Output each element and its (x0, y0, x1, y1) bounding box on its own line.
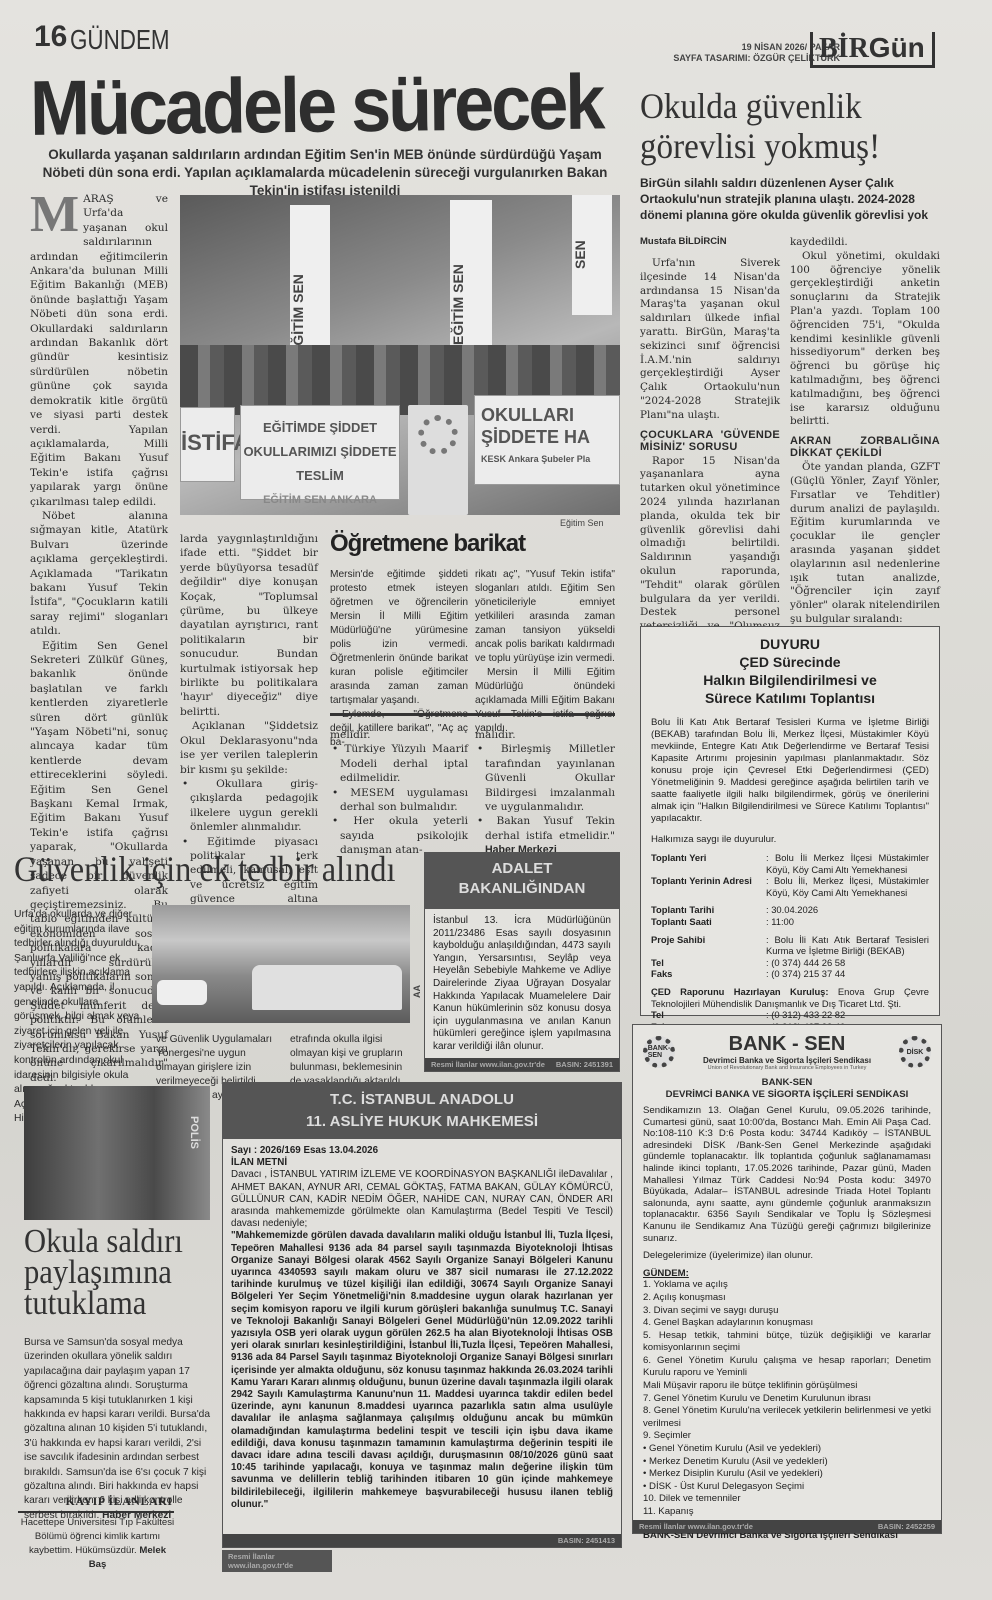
agenda-item: 9. Seçimler (643, 1430, 931, 1443)
divider (330, 713, 615, 716)
photo-credit: AA (412, 985, 422, 998)
paragraph: melidir. (330, 728, 468, 742)
paragraph: Öte yandan planda, GZFT (Güçlü Yönler, Z… (790, 461, 940, 627)
photo-banner-right: OKULLARI ŞİDDETE HA KESK Ankara Şubeler … (474, 395, 620, 485)
field-label: Toplantı Yerinin Adresi (651, 875, 766, 898)
field-label: Toplantı Yeri (651, 852, 766, 875)
adalet-notice: ADALET BAKANLIĞINDAN İstanbul 13. İcra M… (424, 852, 620, 1072)
agenda-label: GÜNDEM: (643, 1268, 931, 1280)
paragraph: rikatı aç", "Yusuf Tekin istifa" sloganl… (475, 568, 615, 666)
title-line: BAKANLIĞINDAN (425, 879, 619, 899)
bank-sen-body: Sendikamızın 13. Olağan Genel Kurulu, 09… (633, 1101, 941, 1546)
subheading: ÇOCUKLARA 'GÜVENDE MİSİNİZ' SORUSU (640, 429, 780, 453)
notice-label: İLAN METNİ (231, 1157, 613, 1169)
adalet-body: İstanbul 13. İcra Müdürlüğünün 2011/2348… (425, 909, 619, 1060)
school-police-photo (152, 905, 410, 1023)
divider (18, 1511, 174, 1513)
bank-sen-title: BANK-SEN DEVRİMCİ BANKA VE SİGORTA İŞÇİL… (633, 1077, 941, 1101)
paragraph: Nöbet alanına sığmayan kitle, Atatürk Bu… (30, 509, 168, 639)
police-text: POLİS (188, 1116, 200, 1149)
paragraph: Urfa'nın Siverek ilçesinde 14 Nisan'da a… (640, 257, 780, 423)
barricade-col1: Mersin'de eğitimde şiddeti protesto etme… (330, 568, 468, 750)
demand-item: • Türkiye Yüzyılı Maarif Modeli derhal i… (330, 742, 468, 785)
photo-banner-istifa: İSTİFA (180, 407, 235, 482)
title-line: ÇED Sürecinde (651, 653, 929, 671)
banner-line: EĞİTİMDE ŞİDDET (241, 416, 399, 440)
logo-gun: Gün (869, 32, 925, 63)
field-label: ÇED Raporunu Hazırlayan Kuruluş: (651, 986, 829, 997)
demand-item: • MESEM uygulaması derhal son bulmalıdır… (330, 786, 468, 815)
agenda-item: 8. Genel Yönetim Kurulu'na verilecek yet… (643, 1405, 931, 1430)
author-byline: Mustafa BİLDİRCİN (640, 236, 780, 247)
demand-text: Bakan Yusuf Tekin derhal istifa etmelidi… (485, 815, 615, 841)
logo-title: BANK - SEN (703, 1033, 871, 1056)
field-value: : (0 374) 444 26 58 (766, 957, 845, 969)
banner-line: ŞİDDETE HA (481, 426, 619, 448)
ced-fields: Toplantı Yeri: Bolu İli Merkez İlçesi Mü… (651, 852, 929, 1032)
agenda-item: 7. Genel Yönetim Kurulu ve Denetim Kurul… (643, 1393, 931, 1406)
drop-cap: M (30, 194, 79, 236)
field-value: : (0 312) 433 22 82 (766, 1009, 845, 1021)
paragraph: malıdır. (475, 728, 615, 742)
agenda-item: 10. Dilek ve temenniler (643, 1493, 931, 1506)
ced-greeting: Halkımıza saygı ile duyurulur. (651, 833, 929, 846)
main-story-col3: melidir. • Türkiye Yüzyılı Maarif Modeli… (330, 728, 468, 858)
agenda-item: 4. Genel Başkan adaylarının konuşması (643, 1317, 931, 1330)
parties: Davacı , İSTANBUL YATIRIM İZLEME VE KOOR… (231, 1169, 613, 1230)
disk-emblem-icon: DİSK (899, 1036, 931, 1068)
field-label: Faks (651, 968, 766, 980)
bank-sen-logo-text: BANK - SEN Devrimci Banka ve Sigorta İşç… (703, 1033, 871, 1071)
newspaper-page: 16 GÜNDEM 19 NİSAN 2026/ PAZAR SAYFA TAS… (0, 0, 992, 1600)
demand-item: • Okullara giriş-çıkışlarda pedagojik il… (180, 777, 318, 835)
paragraph: larda yaygınlaştırıldığını ifade etti. "… (180, 532, 318, 719)
paragraph: Mersin İl Milli Eğitim Müdürlüğü önündek… (475, 666, 615, 736)
field-value: : 30.04.2026 (766, 904, 818, 916)
banner-line: KESK Ankara Şubeler Pla (481, 448, 619, 470)
notice-text: "Mahkememizde görülen davada davalıların… (231, 1230, 613, 1511)
title-line: Halkın Bilgilendirilmesi ve (651, 671, 929, 689)
agenda-item: Mali Müşavir raporu ile bütçe teklifinin… (643, 1380, 931, 1393)
demand-text: MESEM uygulaması derhal son bulmalıdır. (340, 787, 468, 813)
agenda-item: 1. Yoklama ve açılış (643, 1279, 931, 1292)
logo-bir: BİR (819, 33, 869, 64)
measures-headline: Güvenlik için ek tedbir alındı (14, 848, 396, 890)
agenda-item: 3. Divan seçimi ve saygı duruşu (643, 1305, 931, 1318)
agenda-item: 5. Hesap tetkik, tahmini bütçe, tüzük de… (643, 1330, 931, 1355)
paragraph: kaydedildi. (790, 236, 940, 250)
title-line: 11. ASLİYE HUKUK MAHKEMESİ (223, 1111, 621, 1133)
bank-sen-notice: BANK-SEN BANK - SEN Devrimci Banka ve Si… (632, 1024, 942, 1534)
field-row: Toplantı Yeri: Bolu İli Merkez İlçesi Mü… (651, 852, 929, 875)
field-row: Faks: (0 374) 215 37 44 (651, 968, 929, 980)
subheading: AKRAN ZORBALIĞINA DİKKAT ÇEKİLDİ (790, 435, 940, 459)
demand-text: Okullara giriş-çıkışlarda pedagojik ilke… (190, 778, 318, 833)
ced-notice-title: DUYURU ÇED Sürecinde Halkın Bilgilendiri… (651, 635, 929, 707)
lost-notices-title: KAYIP İLANLARI (24, 1494, 214, 1509)
ced-notice-body: Bolu İli Katı Atık Bertaraf Tesisleri Ku… (651, 717, 929, 825)
birgun-logo: BİRGün (810, 32, 935, 68)
logo-english: Union of Revolutionary Bank and Insuranc… (703, 1065, 871, 1071)
field-value: : Bolu İli Katı Atık Bertaraf Tesisleri … (766, 934, 929, 957)
title-line: DUYURU (651, 635, 929, 653)
field-row: Toplantı Yerinin Adresi: Bolu İli, Merke… (651, 875, 929, 898)
page-number: 16 (34, 20, 67, 54)
field-value: : (0 374) 215 37 44 (766, 968, 845, 980)
logo-subtitle: Devrimci Banka ve Sigorta İşçileri Sendi… (703, 1056, 871, 1065)
agenda-item: • Merkez Disiplin Kurulu (Asil ve yedekl… (643, 1468, 931, 1481)
lost-notice-body: Hacettepe Üniversitesi Tıp Fakültesi Böl… (20, 1516, 175, 1572)
field-value: : 11:00 (766, 916, 794, 928)
case-reference: Sayı : 2026/169 Esas 13.04.2026 (231, 1145, 613, 1157)
protest-photo: EĞİTİM SEN EĞİTİM SEN SEN İSTİFA EĞİTİMD… (180, 195, 620, 515)
field-label: Tel (651, 957, 766, 969)
court-notice: T.C. İSTANBUL ANADOLU 11. ASLİYE HUKUK M… (222, 1082, 622, 1548)
field-label: Tel (651, 1009, 766, 1021)
court-footer-left: Resmi İlanlar www.ilan.gov.tr'de (222, 1550, 332, 1572)
photo-flag-3: SEN (572, 195, 612, 315)
title-line: T.C. İSTANBUL ANADOLU (223, 1089, 621, 1111)
title-line: DEVRİMCİ BANKA VE SİGORTA İŞÇİLERİ SENDİ… (633, 1089, 941, 1101)
field-row: Proje Sahibi: Bolu İli Katı Atık Bertara… (651, 934, 929, 957)
banner-line: OKULLARI (481, 404, 619, 426)
security-headline: Okulda güvenlik görevlisi yokmuş! (640, 86, 916, 166)
police-arrest-photo: POLİS (24, 1086, 210, 1220)
photo-banner-center: EĞİTİMDE ŞİDDET OKULLARIMIZI ŞİDDETE TES… (240, 405, 400, 500)
field-row: Toplantı Saati: 11:00 (651, 916, 929, 928)
footer-left: Resmi İlanlar www.ilan.gov.tr'de (228, 1552, 326, 1570)
demand-text: Birleşmiş Milletler tarafından yayınlana… (485, 743, 615, 813)
barricade-col2: rikatı aç", "Yusuf Tekin istifa" sloganl… (475, 568, 615, 736)
banner-line: OKULLARIMIZI ŞİDDETE TESLİM (241, 440, 399, 488)
agenda-list: 1. Yoklama ve açılış 2. Açılış konuşması… (643, 1279, 931, 1518)
footer-right: BASIN: 2452259 (878, 1522, 935, 1531)
field-value: : Bolu İli Merkez İlçesi Müstakimler Köy… (766, 852, 929, 875)
parked-car (157, 980, 207, 1005)
ced-notice: DUYURU ÇED Sürecinde Halkın Bilgilendiri… (640, 626, 940, 1016)
demand-text: Türkiye Yüzyılı Maarif Modeli derhal ipt… (340, 743, 468, 784)
field-label: Proje Sahibi (651, 934, 766, 957)
footer-right: BASIN: 2451391 (556, 1060, 613, 1069)
agenda-item: 2. Açılış konuşması (643, 1292, 931, 1305)
court-footer: BASIN: 2451413 (223, 1534, 621, 1547)
agenda-item: • Genel Yönetim Kurulu (Asil ve yedekler… (643, 1443, 931, 1456)
police-car (252, 965, 402, 1010)
demand-item: • Birleşmiş Milletler tarafından yayınla… (475, 742, 615, 814)
main-story-col2: larda yaygınlaştırıldığını ifade etti. "… (180, 532, 318, 964)
adalet-footer: Resmi İlanlar www.ilan.gov.tr'de BASIN: … (425, 1058, 619, 1071)
title-line: BANK-SEN (633, 1077, 941, 1089)
title-line: ADALET (425, 859, 619, 879)
barricade-headline: Öğretmene barikat (330, 530, 525, 558)
kesk-emblem (418, 415, 458, 455)
field-row: Tel: (0 374) 444 26 58 (651, 957, 929, 969)
paragraph: Sendikamızın 13. Olağan Genel Kurulu, 09… (643, 1105, 931, 1244)
footer-right: BASIN: 2451413 (558, 1536, 615, 1545)
field-label: Toplantı Tarihi (651, 904, 766, 916)
field-row: Toplantı Tarihi: 30.04.2026 (651, 904, 929, 916)
field-value: : Bolu İli, Merkez İlçesi, Müstakimler K… (766, 875, 929, 898)
bank-sen-emblem-icon: BANK-SEN (643, 1036, 675, 1068)
title-line: Sürece Katılımı Toplantısı (651, 689, 929, 707)
field-row: ÇED Raporunu Hazırlayan Kuruluş: Enova G… (651, 986, 929, 1009)
main-story-col4: malıdır. • Birleşmiş Milletler tarafında… (475, 728, 615, 858)
main-headline: Mücadele sürecek (30, 58, 603, 153)
podium (408, 405, 468, 515)
field-row: Tel: (0 312) 433 22 82 (651, 1009, 929, 1021)
agenda-item: • DİSK - Üst Kurul Delegasyon Seçimi (643, 1481, 931, 1494)
bank-sen-footer: Resmi İlanlar www.ilan.gov.tr'de BASIN: … (633, 1520, 941, 1533)
footer-left: Resmi İlanlar www.ilan.gov.tr'de (639, 1522, 753, 1531)
paragraph: Delegelerimize (üyelerimize) ilan olunur… (643, 1250, 931, 1262)
agenda-item: 6. Genel Yönetim Kurulu çalışma ve hesap… (643, 1355, 931, 1380)
bank-sen-header: BANK-SEN BANK - SEN Devrimci Banka ve Si… (633, 1025, 941, 1075)
footer-left: Resmi İlanlar www.ilan.gov.tr'de (431, 1060, 545, 1069)
field-label: Toplantı Saati (651, 916, 766, 928)
arrest-headline: Okula saldırı paylaşımına tutuklama (24, 1226, 195, 1319)
adalet-title: ADALET BAKANLIĞINDAN (425, 853, 619, 909)
security-deck: BirGün silahlı saldırı düzenlenen Ayser … (640, 175, 940, 223)
photo-credit: Eğitim Sen (560, 518, 604, 528)
agenda-item: 11. Kapanış (643, 1506, 931, 1519)
paragraph: Mersin'de eğitimde şiddeti protesto etme… (330, 568, 468, 708)
court-body: Sayı : 2026/169 Esas 13.04.2026 İLAN MET… (223, 1139, 621, 1511)
paragraph: Okul yönetimi, okuldaki 100 öğrenciye yö… (790, 250, 940, 429)
section-name: GÜNDEM (70, 24, 170, 56)
agenda-item: • Merkez Denetim Kurulu (Asil ve yedekle… (643, 1456, 931, 1469)
paragraph: etrafında okulla ilgisi olmayan kişi ve … (290, 1034, 403, 1087)
court-title: T.C. İSTANBUL ANADOLU 11. ASLİYE HUKUK M… (223, 1083, 621, 1139)
paragraph: Açıklanan "Şiddetsiz Okul Deklarasyonu"n… (180, 719, 318, 777)
banner-line: EĞİTİM SEN ANKARA (241, 488, 399, 512)
